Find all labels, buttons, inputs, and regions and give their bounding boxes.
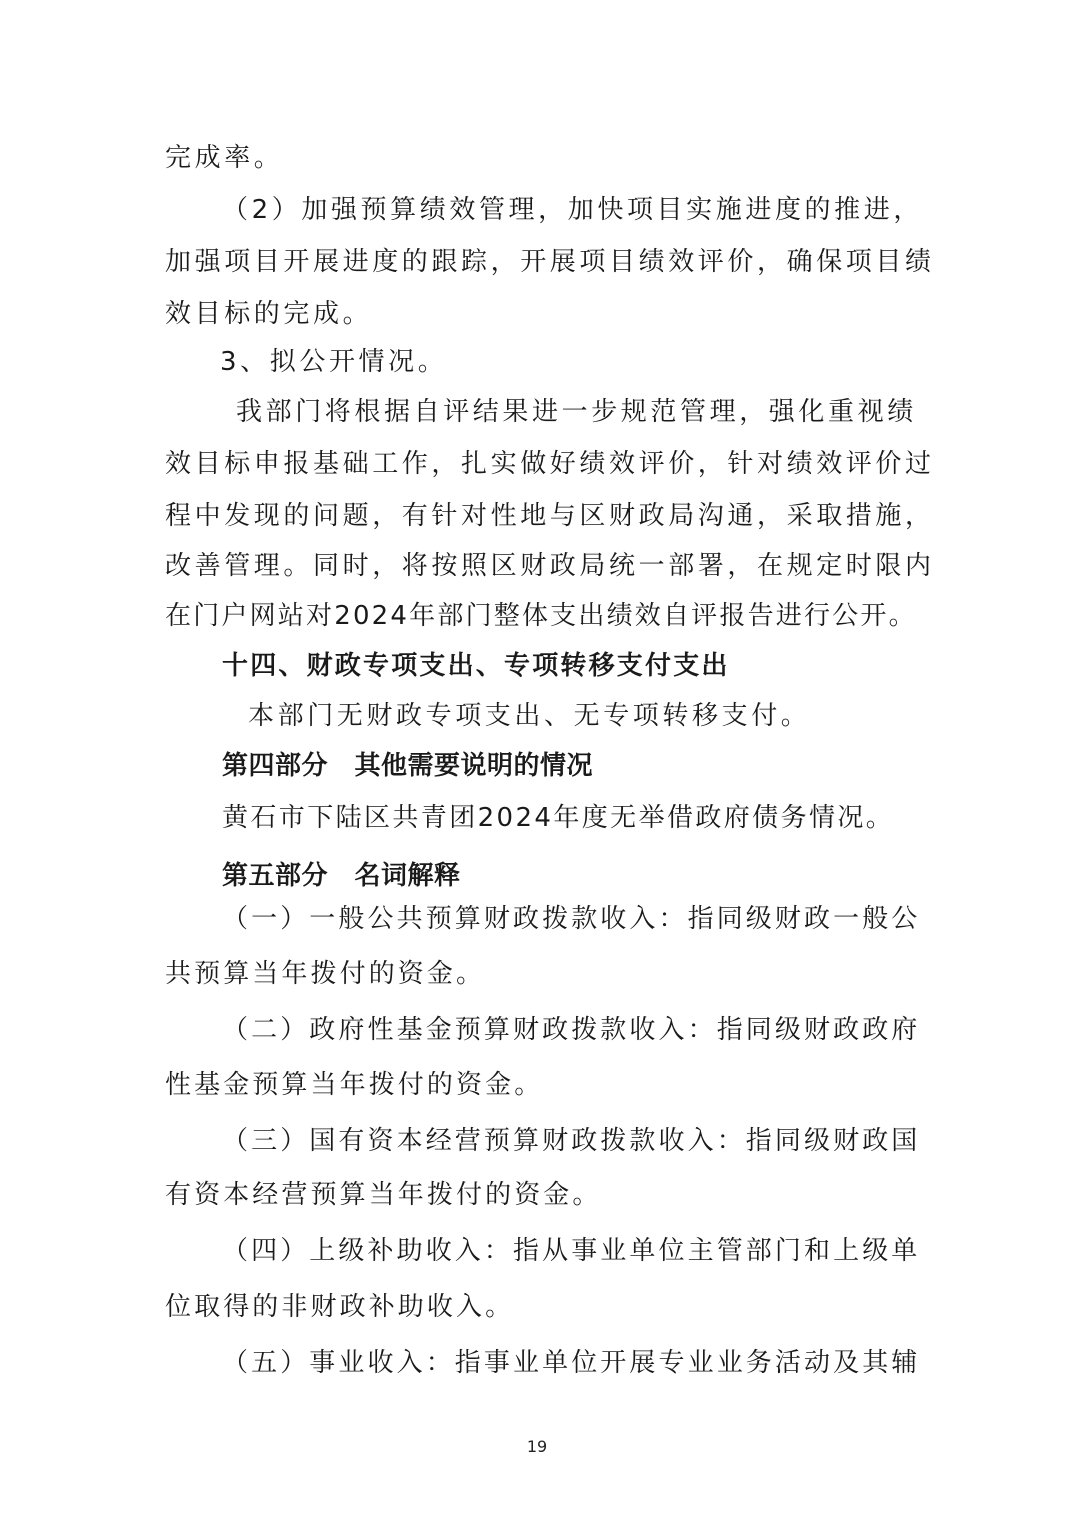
document-page: 完成率。 （2）加强预算绩效管理，加快项目实施进度的推进， 加强项目开展进度的跟… — [0, 0, 1074, 1520]
definition-3-line-1: （三）国有资本经营预算财政拨款收入：指同级财政国 — [222, 1125, 920, 1157]
part-four-heading: 第四部分 其他需要说明的情况 — [222, 750, 593, 782]
definition-4-line-1: （四）上级补助收入：指从事业单位主管部门和上级单 — [222, 1235, 920, 1267]
definition-2-line-1: （二）政府性基金预算财政拨款收入：指同级财政政府 — [222, 1014, 920, 1046]
line-11: 本部门无财政专项支出、无专项转移支付。 — [248, 700, 810, 732]
line-9: 在门户网站对2024年部门整体支出绩效自评报告进行公开。 — [165, 600, 917, 632]
line-7: 程中发现的问题，有针对性地与区财政局沟通，采取措施， — [165, 500, 935, 532]
definition-3-line-2: 有资本经营预算当年拨付的资金。 — [165, 1179, 602, 1211]
line-4: 3、拟公开情况。 — [220, 346, 447, 378]
part-five-heading: 第五部分 名词解释 — [222, 860, 461, 892]
definition-5-line-1: （五）事业收入：指事业单位开展专业业务活动及其辅 — [222, 1347, 920, 1379]
line-8: 改善管理。同时，将按照区财政局统一部署，在规定时限内 — [165, 550, 935, 582]
definition-4-line-2: 位取得的非财政补助收入。 — [165, 1291, 514, 1323]
line-3: 效目标的完成。 — [165, 298, 372, 330]
line-2: 加强项目开展进度的跟踪，开展项目绩效评价，确保项目绩 — [165, 246, 935, 278]
page-number: 19 — [0, 1437, 1074, 1456]
definition-1-line-2: 共预算当年拨付的资金。 — [165, 958, 485, 990]
line-1: （2）加强预算绩效管理，加快项目实施进度的推进， — [222, 194, 923, 226]
line-0: 完成率。 — [165, 142, 283, 174]
section-heading-14: 十四、财政专项支出、专项转移支付支出 — [222, 650, 730, 682]
definition-2-line-2: 性基金预算当年拨付的资金。 — [165, 1069, 543, 1101]
definition-1-line-1: （一）一般公共预算财政拨款收入：指同级财政一般公 — [222, 903, 920, 935]
line-5: 我部门将根据自评结果进一步规范管理，强化重视绩 — [236, 396, 917, 428]
line-13: 黄石市下陆区共青团2024年度无举借政府债务情况。 — [222, 802, 894, 834]
line-6: 效目标申报基础工作，扎实做好绩效评价，针对绩效评价过 — [165, 448, 935, 480]
